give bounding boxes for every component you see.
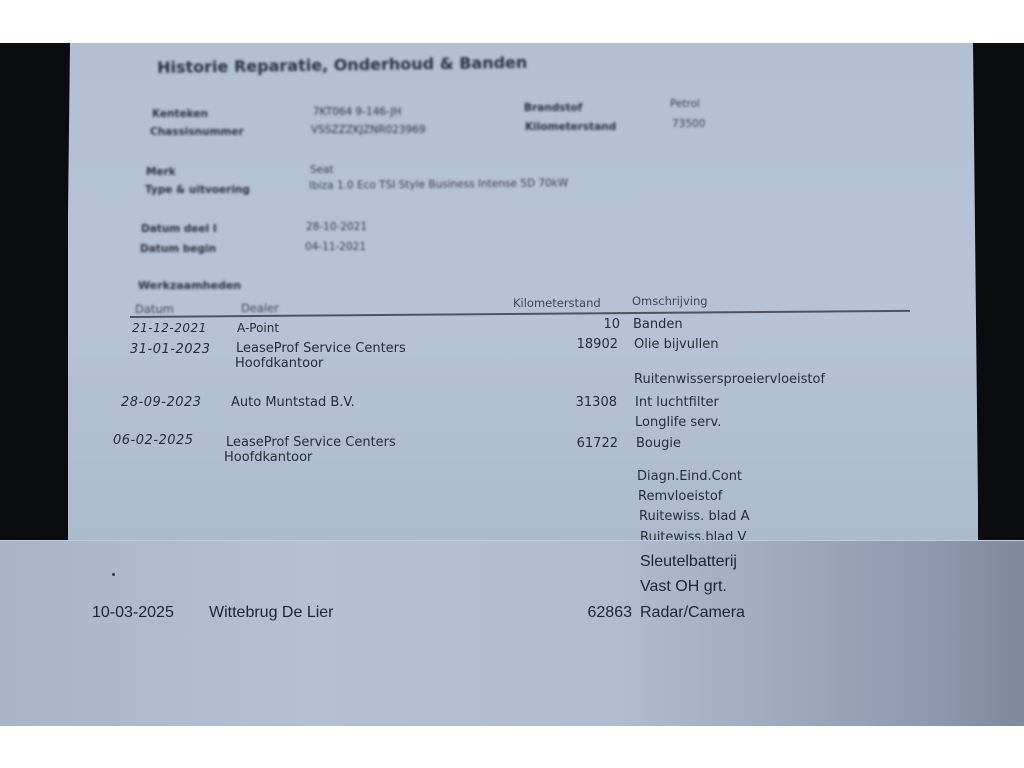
- header-kilometerstand: Kilometerstand: [513, 296, 601, 310]
- header-omschrijving: Omschrijving: [632, 294, 708, 308]
- chassisnummer-label: Chassisnummer: [150, 126, 244, 138]
- header-dealer: Dealer: [241, 301, 279, 315]
- brandstof-value: Petrol: [670, 98, 700, 110]
- row-date: 31-01-2023: [130, 342, 211, 357]
- datum-begin-label: Datum begin: [140, 243, 216, 255]
- header-datum: Datum: [135, 302, 174, 316]
- row-item: Longlife serv.: [635, 415, 721, 430]
- row-item: Radar/Camera: [640, 604, 745, 622]
- document-photo: Historie Reparatie, Onderhoud & Banden K…: [0, 43, 1024, 726]
- datum-begin-value: 04-11-2021: [305, 241, 366, 253]
- row-dealer: Auto Muntstad B.V.: [231, 395, 355, 410]
- row-km: 18902: [538, 337, 618, 352]
- paper-speck: [112, 573, 115, 576]
- kilometerstand-value: 73500: [672, 118, 705, 130]
- type-label: Type & uitvoering: [145, 184, 250, 196]
- row-date: 10-03-2025: [92, 604, 174, 622]
- lower-paper-sheet: [0, 540, 1024, 726]
- row-item: Ruitenwissersproeiervloeistof: [634, 372, 825, 387]
- row-item: Sleutelbatterij: [640, 553, 737, 571]
- row-item: Diagn.Eind.Cont: [637, 469, 742, 484]
- row-km: 61722: [538, 436, 618, 451]
- row-dealer-line2: Hoofdkantoor: [224, 450, 312, 465]
- row-dealer-line2: Hoofdkantoor: [235, 356, 323, 371]
- row-item: Remvloeistof: [638, 489, 722, 504]
- work-section-title: Werkzaamheden: [138, 279, 241, 292]
- row-item: Olie bijvullen: [634, 337, 718, 352]
- row-date: 21-12-2021: [132, 321, 207, 335]
- merk-label: Merk: [146, 166, 176, 178]
- row-dealer: LeaseProf Service Centers: [226, 435, 396, 450]
- chassisnummer-value: VSSZZZKJZNR023969: [311, 124, 426, 136]
- row-item: Int luchtfilter: [635, 395, 719, 410]
- kenteken-label: Kenteken: [152, 108, 208, 120]
- row-item: Bougie: [636, 436, 681, 451]
- row-dealer: LeaseProf Service Centers: [236, 341, 406, 356]
- row-date: 28-09-2023: [121, 395, 202, 410]
- datum-deel1-value: 28-10-2021: [306, 221, 367, 233]
- brandstof-label: Brandstof: [524, 102, 582, 114]
- row-km: 10: [540, 317, 620, 332]
- row-item: Banden: [633, 317, 683, 332]
- datum-deel1-label: Datum deel I: [141, 223, 217, 235]
- row-item: Ruitewiss. blad A: [639, 509, 750, 524]
- row-dealer: A-Point: [237, 321, 279, 335]
- row-item: Vast OH grt.: [640, 578, 727, 596]
- row-km: 62863: [552, 604, 632, 622]
- row-date: 06-02-2025: [113, 433, 194, 448]
- row-dealer: Wittebrug De Lier: [209, 604, 334, 622]
- merk-value: Seat: [310, 164, 334, 176]
- kenteken-value: 7KT064 9-146-JH: [313, 106, 401, 118]
- kilometerstand-label: Kilometerstand: [525, 121, 616, 133]
- row-km: 31308: [537, 395, 617, 410]
